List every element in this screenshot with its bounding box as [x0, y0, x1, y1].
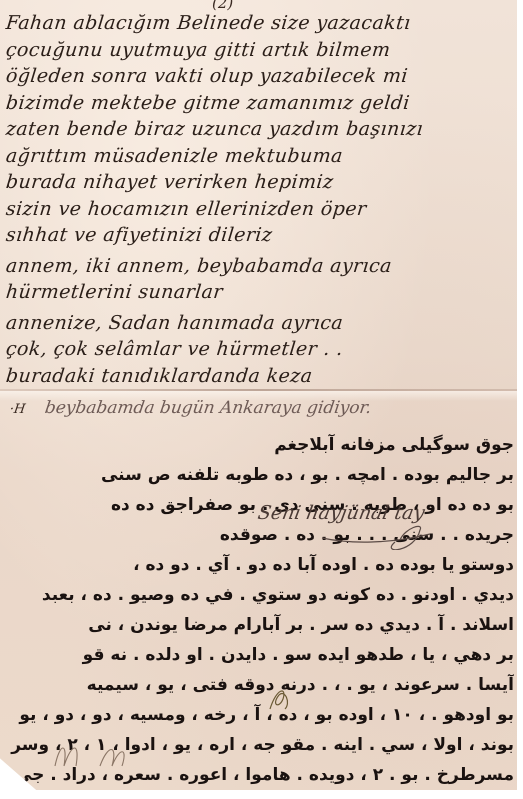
- pencil-loops-icon: [50, 740, 130, 770]
- letter-line: öğleden sonra vakti olup yazabilecek mi: [5, 63, 514, 90]
- letter-line: sıhhat ve afiyetinizi dileriz: [5, 222, 514, 249]
- letter-line: buradaki tanıdıklardanda keza: [5, 363, 514, 390]
- letter-line: annem, iki annem, beybabamda ayrıca: [5, 253, 514, 280]
- letter-line: çok, çok selâmlar ve hürmetler . .: [5, 336, 514, 363]
- ottoman-line: اسلاند . آ . ديدي ده سر . بر آبارام مرضا…: [4, 610, 514, 640]
- letter-line: bizimde mektebe gitme zamanımız geldi: [5, 90, 514, 117]
- letter-line: burada nihayet verirken hepimiz: [5, 169, 514, 196]
- ottoman-line: بر جالیم بوده . امچه . بو ، ده طوبه تلفن…: [4, 460, 514, 490]
- postscript-text: beybabamda bugün Ankaraya gidiyor.: [43, 398, 372, 418]
- ottoman-line: بر دهي ، يا ، طدهو ايده سو . دايدن . او …: [4, 640, 514, 670]
- ottoman-line: دوستو يا بوده ده . اوده آبا ده دو . آي .…: [4, 550, 514, 580]
- letter-line: hürmetlerini sunarlar: [5, 279, 514, 306]
- letter-line: çocuğunu uyutmuya gitti artık bilmem: [5, 37, 514, 64]
- postscript-note: ·H beybabamda bugün Ankaraya gidiyor.: [9, 398, 373, 418]
- ottoman-line: ديدي . اودنو . ده كونه دو ستوي . في ده و…: [4, 580, 514, 610]
- letter-paper: (2) Fahan ablacığım Belinede size yazaca…: [0, 0, 517, 790]
- postscript-marker: ·H: [9, 402, 27, 417]
- letter-line: annenize, Sadan hanımada ayrıca: [5, 310, 514, 337]
- letter-line: zaten bende biraz uzunca yazdım başınızı: [5, 116, 514, 143]
- ottoman-line: جوق سوگیلی مزفانه آبلاجغم: [4, 430, 514, 460]
- ottoman-line: بو اودهو . ، ١٠ ، اوده بو ، ده ، آ ، رخه…: [4, 700, 514, 730]
- letter-line: Fahan ablacığım Belinede size yazacaktı: [5, 10, 514, 37]
- latin-script-text: Fahan ablacığım Belinede size yazacaktı …: [6, 10, 512, 389]
- ottoman-line: آيسا . سرعوند ، يو . ، . درنه دوقه فتى ،…: [4, 670, 514, 700]
- letter-line: sizin ve hocamızın ellerinizden öper: [5, 196, 514, 223]
- pencil-loop-icon: [265, 685, 295, 713]
- ottoman-script-text: جوق سوگیلی مزفانه آبلاجغم بر جالیم بوده …: [4, 430, 514, 790]
- signature-flourish-icon: [320, 520, 440, 550]
- letter-line: ağrıttım müsadenizle mektubuma: [5, 143, 514, 170]
